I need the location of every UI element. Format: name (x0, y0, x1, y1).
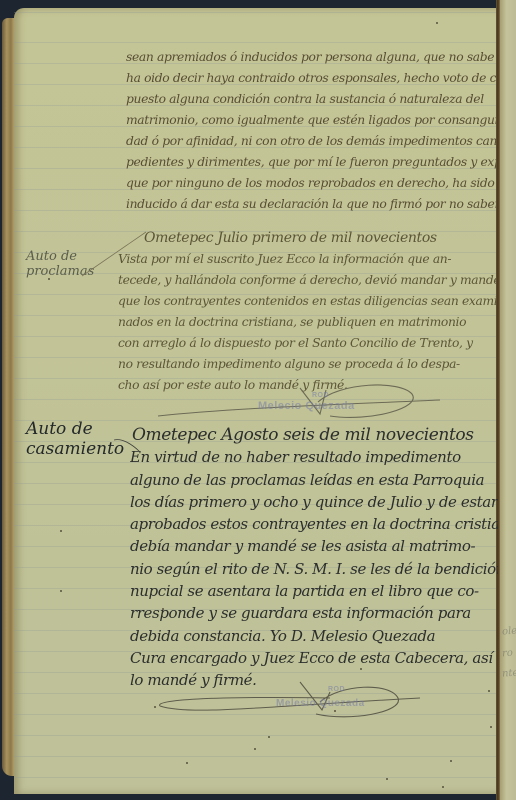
entry-heading-line: Ometepec Agosto seis de mil novecientos (130, 424, 498, 446)
text-line: que los contrayentes contenidos en estas… (118, 291, 496, 312)
paper-speck (60, 590, 62, 592)
text-line: lo mandé y firmé. (130, 669, 498, 691)
signature-stamp: Meleсio Quezada (258, 400, 355, 412)
text-line: rresponde y se guardara esta información… (130, 602, 498, 624)
entry-1-continuation: sean apremiados ó inducidos por persona … (126, 47, 496, 215)
text-line: tecede, y hallándola conforme á derecho,… (118, 270, 496, 291)
text-line: En virtud de no haber resultado impedime… (130, 446, 498, 468)
text-line: inducido á dar esta su declaración la qu… (126, 194, 496, 215)
margin-label-line: proclamas (26, 265, 116, 280)
margin-label-auto-de-proclamas: Auto de proclamas (26, 250, 116, 280)
margin-label-line: Auto de (26, 250, 116, 265)
paper-speck (436, 22, 438, 24)
paper-speck (490, 726, 492, 728)
paper-speck (386, 778, 388, 780)
facing-page-edge: ole ro nte (500, 0, 516, 800)
paper-speck (450, 760, 452, 762)
paper-speck (60, 530, 62, 532)
signature-stamp: Melesio Quezada (276, 698, 365, 709)
text-line: no resultando impedimento alguno se proc… (118, 354, 496, 375)
text-line: nio según el rito de N. S. M. I. se les … (130, 558, 498, 580)
document-scan: ole ro nte sean apremiados ó inducidos p… (0, 0, 516, 800)
paper-speck (154, 706, 156, 708)
text-line: pedientes y dirimentes, que por mí le fu… (126, 152, 496, 173)
text-line: los días primero y ocho y quince de Juli… (130, 491, 498, 513)
text-line: aprobados estos contrayentes en la doctr… (130, 513, 498, 535)
paper-speck (488, 690, 490, 692)
text-line: Cura encargado y Juez Ecco de esta Cabec… (130, 647, 498, 669)
facing-page-text: nte (502, 667, 516, 679)
text-line: sean apremiados ó inducidos por persona … (126, 47, 496, 68)
paper-speck (48, 278, 50, 280)
signature-stamp-small: ROD (328, 686, 345, 693)
paper-speck (162, 608, 164, 610)
entry-heading-line: Ometepec Julio primero de mil noveciento… (118, 228, 496, 249)
entry-3-auto-de-casamiento: Ometepec Agosto seis de mil novecientos … (130, 424, 498, 692)
text-line: debía mandar y mandé se les asista al ma… (130, 535, 498, 557)
text-line: dad ó por afinidad, ni con otro de los d… (126, 131, 496, 152)
margin-label-auto-de-casamiento: Auto de casamiento (26, 420, 126, 459)
signature-stamp-small: ROD (312, 392, 329, 399)
text-line: nados en la doctrina cristiana, se publi… (118, 312, 496, 333)
margin-label-line: casamiento (26, 440, 126, 460)
text-line: debida constancia. Yo D. Melesio Quezada (130, 625, 498, 647)
text-line: ha oido decir haya contraido otros espon… (126, 68, 496, 89)
text-line: matrimonio, como igualmente que estén li… (126, 110, 496, 131)
text-line: Vista por mí el suscrito Juez Ecco la in… (118, 249, 496, 270)
text-line: puesto alguna condición contra la sustan… (126, 89, 496, 110)
paper-speck (360, 668, 362, 670)
paper-speck (254, 748, 256, 750)
paper-speck (268, 736, 270, 738)
text-line: que por ninguno de los modos reprobados … (126, 173, 496, 194)
paper-speck (334, 710, 336, 712)
text-line: nupcial se asentara la partida en el lib… (130, 580, 498, 602)
facing-page-text: ro (502, 648, 514, 660)
facing-page-text: ole (502, 625, 516, 637)
text-line: cho así por este auto lo mandé y firmé. (118, 375, 496, 396)
entry-2-auto-de-proclamas: Ometepec Julio primero de mil noveciento… (118, 228, 496, 396)
text-line: con arreglo á lo dispuesto por el Santo … (118, 333, 496, 354)
paper-speck (186, 762, 188, 764)
paper-speck (442, 786, 444, 788)
text-line: alguno de las proclamas leídas en esta P… (130, 469, 498, 491)
margin-label-line: Auto de (26, 420, 126, 440)
